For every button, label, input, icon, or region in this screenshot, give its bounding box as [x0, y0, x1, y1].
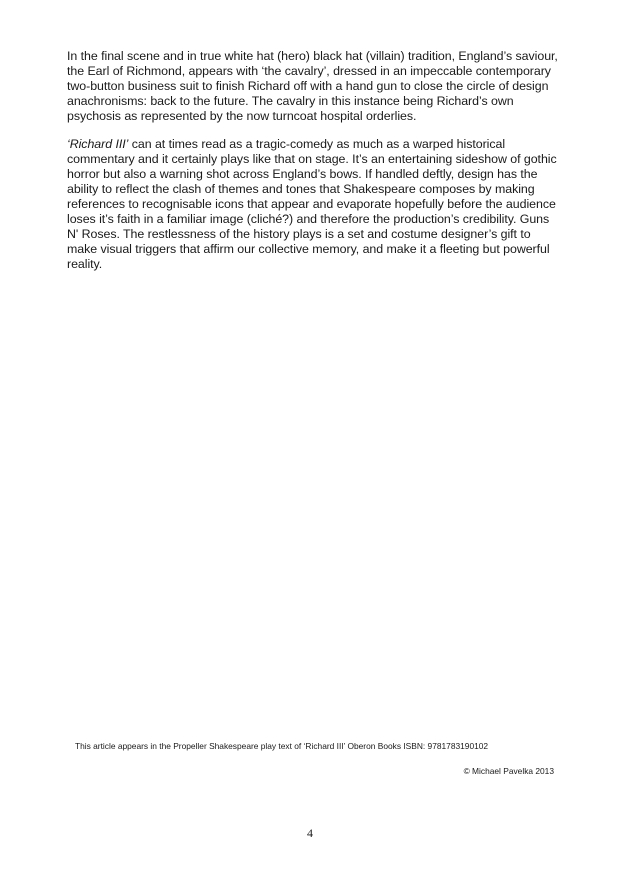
- paragraph-text: can at times read as a tragic-comedy as …: [67, 137, 557, 271]
- publication-footnote: This article appears in the Propeller Sh…: [75, 741, 488, 752]
- document-page: In the final scene and in true white hat…: [0, 0, 620, 877]
- body-paragraph: In the final scene and in true white hat…: [67, 49, 559, 124]
- page-number: 4: [0, 826, 620, 840]
- body-paragraph: ‘Richard III’ can at times read as a tra…: [67, 137, 559, 272]
- copyright-notice: © Michael Pavelka 2013: [464, 766, 554, 777]
- play-title-reference: ‘Richard III’: [67, 137, 128, 151]
